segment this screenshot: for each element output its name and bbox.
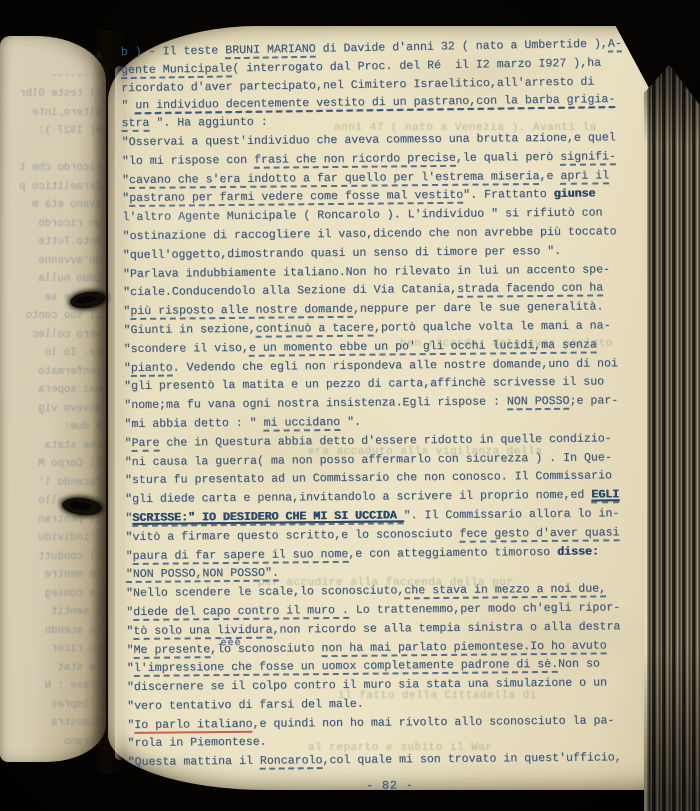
ghost-line: ento.Tutte — [2, 233, 102, 252]
ghost-line: il condutt — [2, 548, 102, 567]
ghost-line: iduo nulla — [2, 270, 102, 289]
ghost-line: -------- — [2, 67, 102, 86]
ghost-line: dimostra — [2, 714, 102, 733]
ghost-line: la stat — [2, 659, 102, 678]
ghost-line: avano età m — [2, 196, 102, 215]
left-page: A.--------il teste Olbriltero,intee( I92… — [0, 36, 106, 762]
right-page: anni 47 ( nato a Venezia ). Avanti laben… — [108, 26, 654, 790]
ghost-line: sero collec — [2, 326, 102, 345]
ghost-line: e sentit — [2, 603, 102, 622]
ghost-line: l'individu — [2, 529, 102, 548]
ghost-line: un ricordo — [2, 215, 102, 234]
ghost-line: lo scendo — [2, 622, 102, 641]
ghost-line: ricordo che t — [2, 159, 102, 178]
ghost-line: confermato — [2, 363, 102, 382]
ghost-line: iltero,inte — [2, 104, 102, 123]
ghost-line: il teste Olbr — [2, 85, 102, 104]
ghost-line: che stata — [2, 437, 102, 456]
ghost-line: strano — [2, 733, 102, 752]
ghost-line: Il Corpo M — [2, 455, 102, 474]
left-page-ghost-text: A.--------il teste Olbriltero,intee( I92… — [2, 48, 102, 751]
book-scan: A.--------il teste Olbriltero,intee( I92… — [0, 0, 700, 811]
fore-edge-pages — [644, 0, 700, 811]
ghost-line: un'avvenne — [2, 252, 102, 271]
ghost-line: è due: — [2, 418, 102, 437]
ghost-line: dovevo vig — [2, 400, 102, 419]
ghost-line: mai sopera — [2, 381, 102, 400]
ghost-line: la conseg — [2, 585, 102, 604]
ghost-line: A. — [2, 48, 102, 67]
ghost-line: on ricor — [2, 640, 102, 659]
ghost-line: frase : N — [2, 677, 102, 696]
ghost-line: te. Io lo — [2, 344, 102, 363]
ghost-line — [2, 141, 102, 160]
ghost-line: facendo l' — [2, 474, 102, 493]
overstrike-marks: èèè — [220, 635, 241, 654]
ghost-line: l'impres — [2, 696, 102, 715]
ghost-line: e( I927 ): — [2, 122, 102, 141]
typed-text: b ) - Il teste BRUNI MARIANO di Davide d… — [121, 35, 652, 799]
ghost-line: le mentre — [2, 566, 102, 585]
typed-lines: b ) - Il teste BRUNI MARIANO di Davide d… — [121, 35, 652, 773]
text-line: "Questa mattina il Roncarolo,col quale m… — [128, 749, 652, 773]
page-number: - 82 - — [128, 775, 652, 799]
ghost-line: il suo conto — [2, 307, 102, 326]
ghost-line: Israelitico p — [2, 178, 102, 197]
